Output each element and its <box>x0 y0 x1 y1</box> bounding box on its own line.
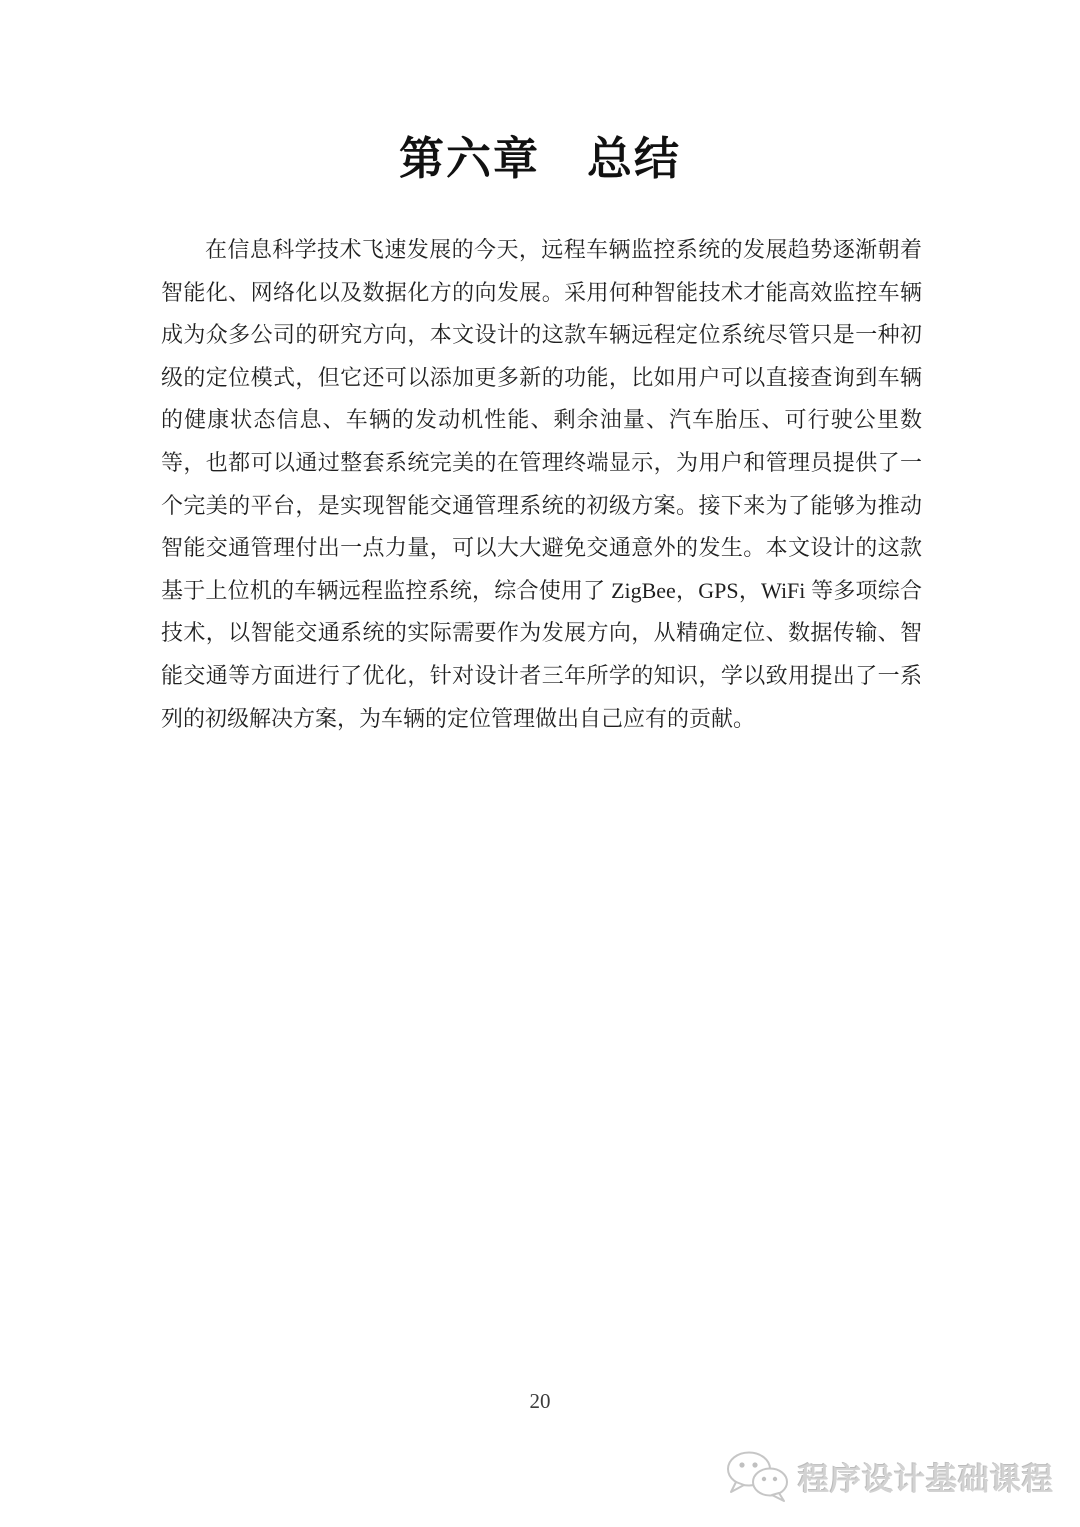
chapter-title: 第六章 总结 <box>0 130 1080 188</box>
paragraph-line: 个完美的平台，是实现智能交通管理系统的初级方案。接下来为了能够为推动 <box>161 485 922 528</box>
paragraph-line: 智能化、网络化以及数据化方的向发展。采用何种智能技术才能高效监控车辆 <box>161 272 922 315</box>
paragraph-line: 级的定位模式，但它还可以添加更多新的功能，比如用户可以直接查询到车辆 <box>161 357 922 400</box>
page-number: 20 <box>0 1389 1080 1414</box>
paragraph-line: 等，也都可以通过整套系统完美的在管理终端显示，为用户和管理员提供了一 <box>161 442 922 485</box>
wechat-icon <box>724 1449 792 1503</box>
paragraph-line: 在信息科学技术飞速发展的今天，远程车辆监控系统的发展趋势逐渐朝着 <box>161 229 922 272</box>
watermark: 程序设计基础课程 <box>724 1449 1054 1503</box>
paragraph-line: 能交通等方面进行了优化，针对设计者三年所学的知识，学以致用提出了一系 <box>161 655 922 698</box>
paragraph-line: 成为众多公司的研究方向，本文设计的这款车辆远程定位系统尽管只是一种初 <box>161 314 922 357</box>
paragraph-line: 的健康状态信息、车辆的发动机性能、剩余油量、汽车胎压、可行驶公里数 <box>161 399 922 442</box>
paragraph-line: 列的初级解决方案，为车辆的定位管理做出自己应有的贡献。 <box>161 698 922 741</box>
watermark-text: 程序设计基础课程 <box>798 1454 1054 1499</box>
document-page: 第六章 总结 在信息科学技术飞速发展的今天，远程车辆监控系统的发展趋势逐渐朝着 … <box>0 0 1080 1527</box>
body-paragraph: 在信息科学技术飞速发展的今天，远程车辆监控系统的发展趋势逐渐朝着 智能化、网络化… <box>161 229 922 740</box>
paragraph-line: 基于上位机的车辆远程监控系统，综合使用了 ZigBee，GPS，WiFi 等多项… <box>161 570 922 613</box>
paragraph-line: 技术，以智能交通系统的实际需要作为发展方向，从精确定位、数据传输、智 <box>161 612 922 655</box>
paragraph-line: 智能交通管理付出一点力量，可以大大避免交通意外的发生。本文设计的这款 <box>161 527 922 570</box>
